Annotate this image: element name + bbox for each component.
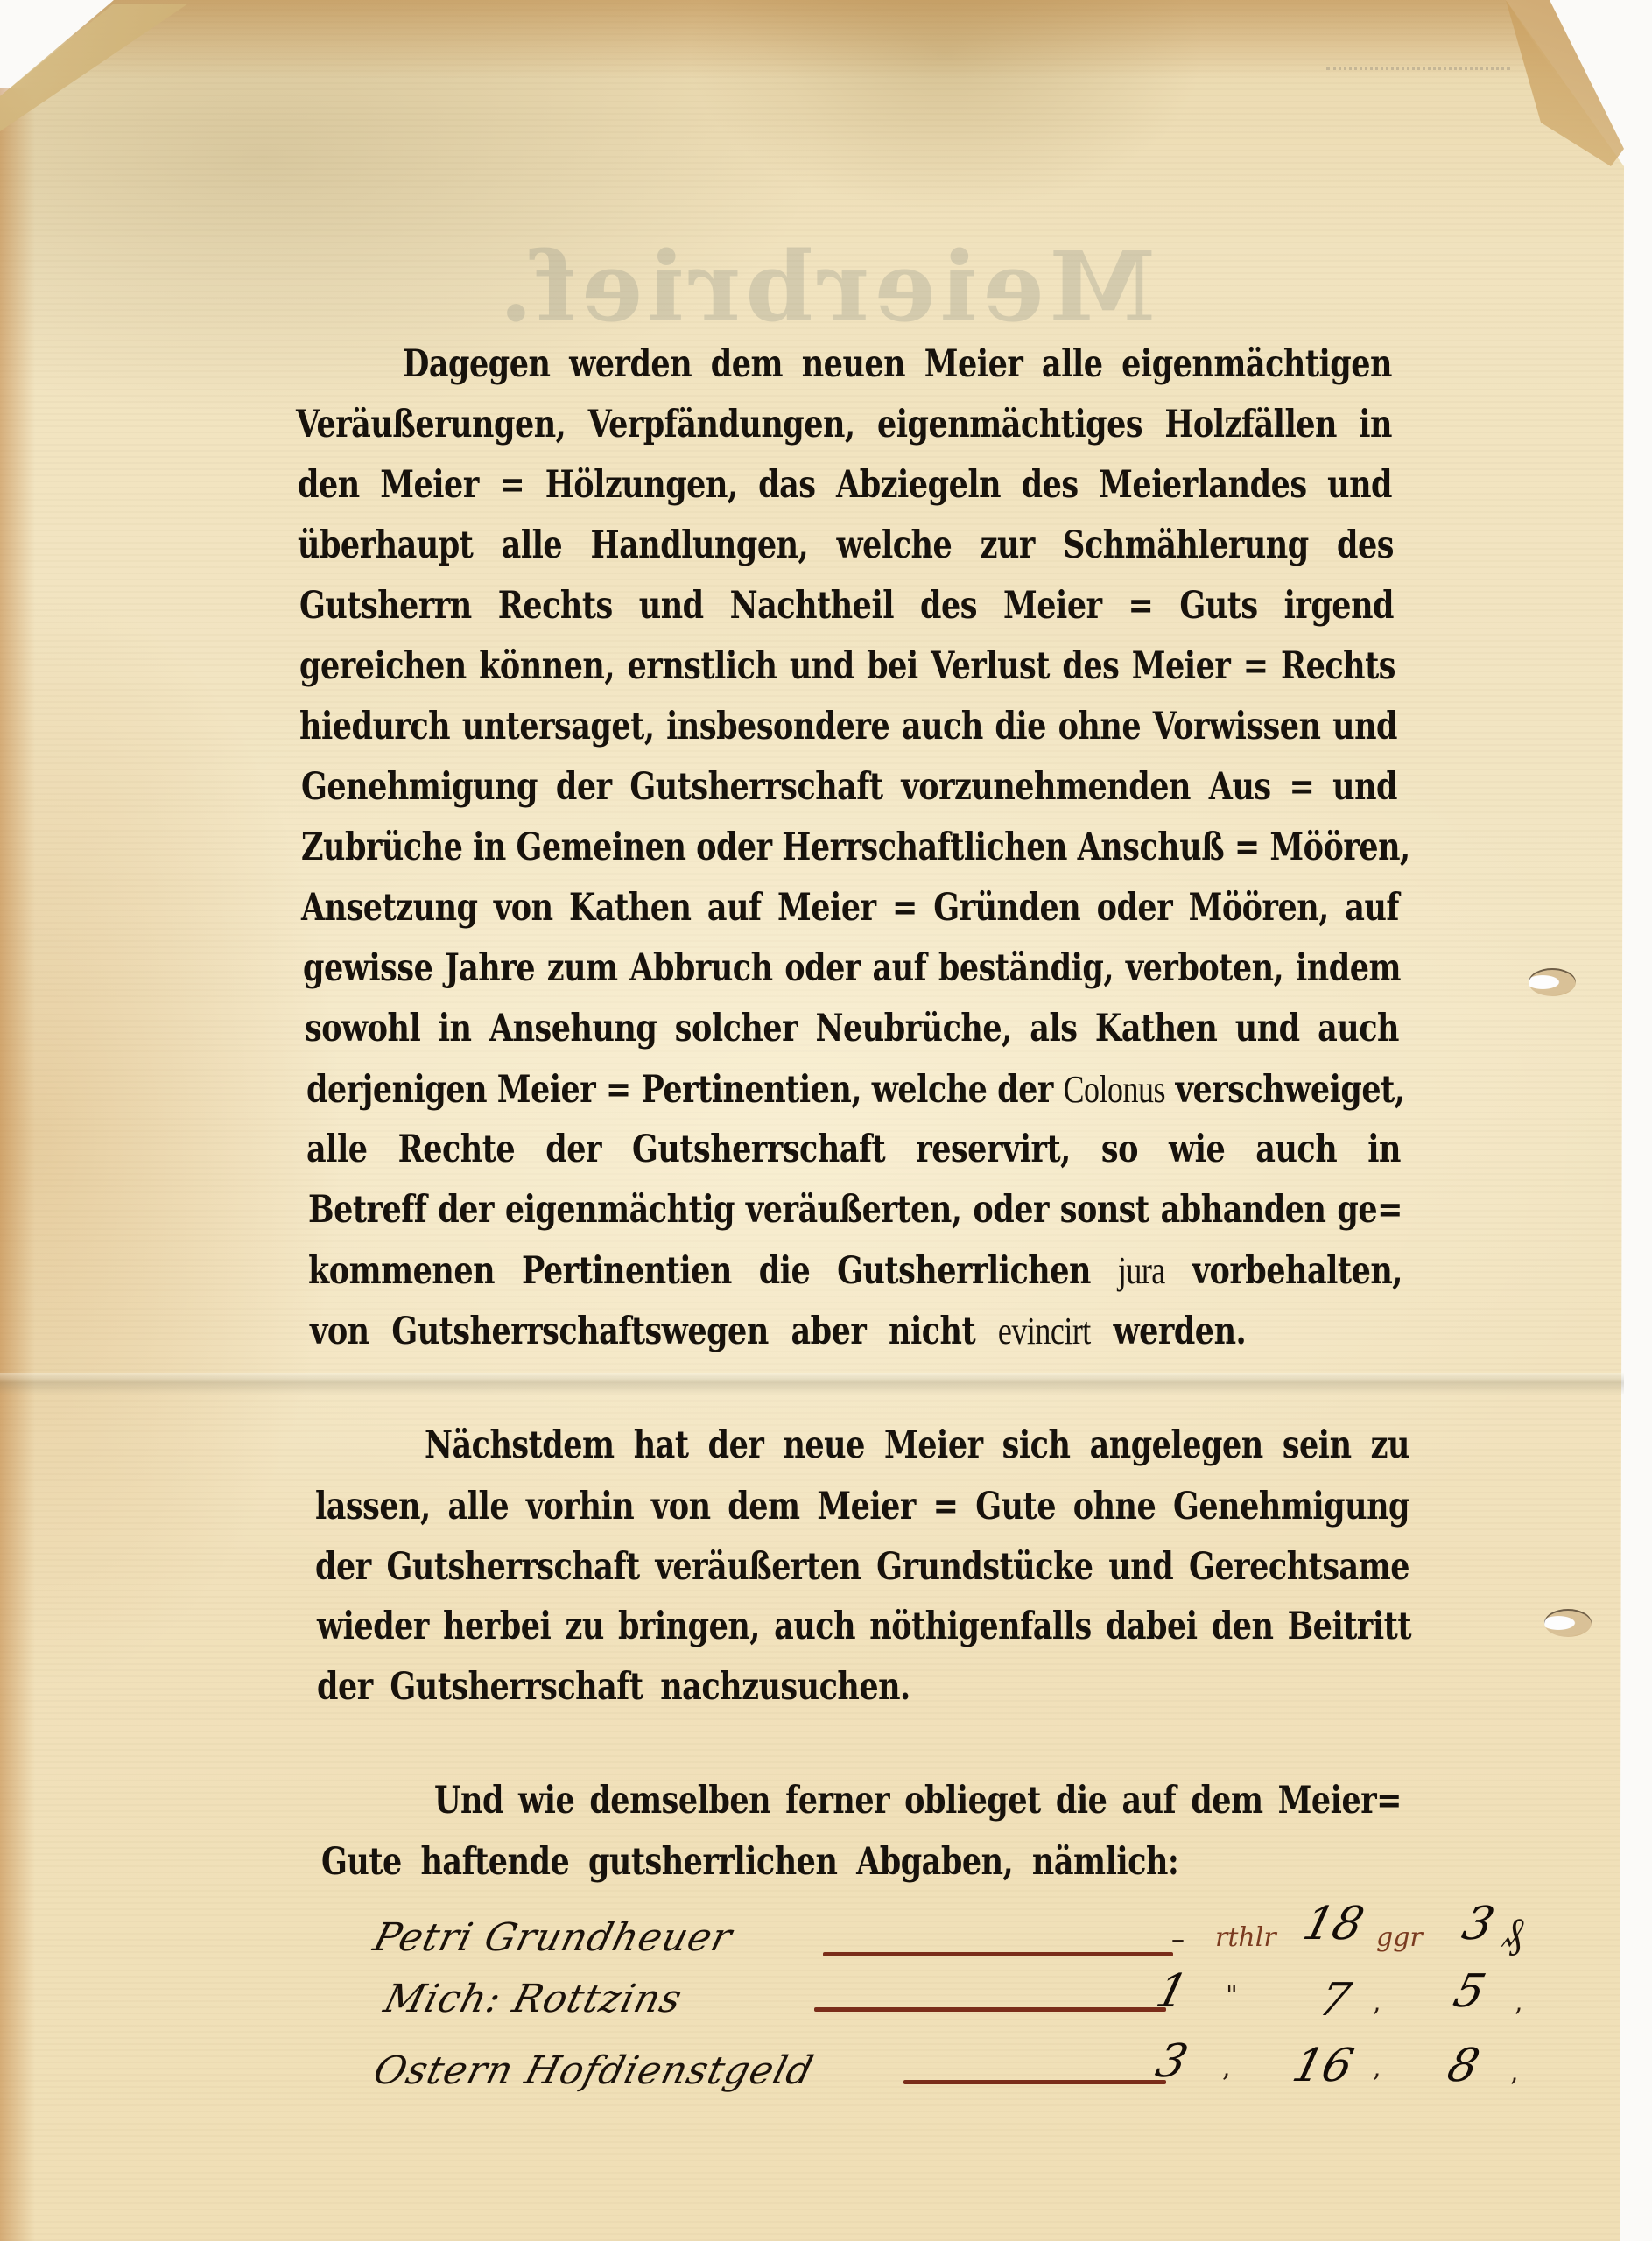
text-line: überhaupt alle Handlungen, welche zur Sc… — [298, 514, 1394, 578]
punch-hole-lower — [1544, 1609, 1592, 1637]
roman-word-colonus: Colonus — [1063, 1068, 1165, 1111]
unit-ggr: ggr — [1376, 1922, 1423, 1953]
text-fragment: von Gutsherrschaftswegen aber nicht — [310, 1310, 998, 1353]
punch-hole-upper — [1529, 968, 1576, 996]
separator-mark: , — [1373, 2053, 1381, 2083]
text-line: der Gutsherrschaft nachzusuchen. — [317, 1655, 877, 1719]
text-line: der Gutsherrschaft veräußerten Grundstüc… — [315, 1535, 1409, 1599]
text-line: lassen, alle vorhin von dem Meier = Gute… — [315, 1475, 1409, 1539]
separator-mark: , — [1222, 2053, 1231, 2083]
text-line: Und wie demselben ferner oblieget die au… — [434, 1769, 1402, 1833]
roman-word-evincirt: evincirt — [998, 1310, 1091, 1352]
text-line: den Meier = Hölzungen, das Abziegeln des… — [298, 453, 1392, 517]
text-line: kommenen Pertinentien die Gutsherrlichen… — [308, 1239, 1402, 1303]
text-line: gereichen können, ernstlich und bei Verl… — [299, 635, 1395, 699]
text-line: Ansetzung von Kathen auf Meier = Gründen… — [301, 876, 1399, 940]
text-line: sowohl in Ansehung solcher Neubrüche, al… — [305, 997, 1399, 1061]
text-line: Genehmigung der Gutsherrschaft vorzunehm… — [301, 755, 1397, 819]
roman-word-jura: jura — [1118, 1249, 1165, 1292]
text-line: Dagegen werden dem neuen Meier alle eige… — [403, 333, 1392, 397]
bleed-through-title: Meierbrief. — [525, 235, 1156, 340]
dues-rthlr: – — [1171, 1924, 1185, 1955]
separator-mark: , — [1373, 1987, 1381, 2018]
text-line: Gutsherrn Rechts und Nachtheil des Meier… — [299, 574, 1394, 638]
text-line: Veräußerungen, Verpfändungen, eigenmächt… — [296, 393, 1392, 457]
text-line: Betreff der eigenmächtig veräußerten, od… — [308, 1178, 1402, 1242]
text-line: wieder herbei zu bringen, auch nöthigenf… — [317, 1595, 1411, 1659]
dues-label: Ostern Hofdienstgeld — [369, 2048, 819, 2093]
horizontal-fold-crease — [0, 1373, 1624, 1395]
bleed-through-header-mark — [1326, 48, 1510, 70]
red-ink-rule — [823, 1952, 1173, 1956]
left-edge-stain — [0, 88, 35, 2241]
text-fragment: derjenigen Meier = Pertinentien, welche … — [306, 1068, 1063, 1112]
red-ink-rule — [814, 2007, 1166, 2012]
text-line: Nächstdem hat der neue Meier sich angele… — [425, 1414, 1409, 1478]
red-ink-rule — [903, 2080, 1166, 2084]
ditto-mark: " — [1226, 1980, 1238, 2011]
unit-pf: ₰ — [1502, 1908, 1523, 1957]
text-line: gewisse Jahre zum Abbruch oder auf bestä… — [303, 937, 1401, 1001]
text-line: Gute haftende gutsherrlichen Abgaben, nä… — [321, 1830, 1162, 1894]
text-fragment: werden. — [1091, 1310, 1246, 1353]
separator-mark: , — [1510, 2057, 1519, 2088]
separator-mark: , — [1515, 1987, 1523, 2018]
unit-rthlr: rthlr — [1215, 1922, 1276, 1953]
dues-label: Mich: Rottzins — [380, 1977, 687, 2021]
text-line: alle Rechte der Gutsherrschaft reservirt… — [306, 1118, 1401, 1182]
text-line: hiedurch untersaget, insbesondere auch d… — [299, 695, 1397, 759]
text-fragment: kommenen Pertinentien die Gutsherrlichen — [308, 1249, 1118, 1293]
text-fragment: verschweiget, — [1165, 1068, 1404, 1112]
text-line: Zubrüche in Gemeinen oder Herrschaftlich… — [301, 816, 1395, 880]
text-line: von Gutsherrschaftswegen aber nicht evin… — [310, 1299, 1255, 1363]
text-fragment: vorbehalten, — [1165, 1249, 1402, 1293]
dues-label: Petri Grundheuer — [369, 1915, 737, 1960]
text-line: derjenigen Meier = Pertinentien, welche … — [306, 1057, 1401, 1121]
